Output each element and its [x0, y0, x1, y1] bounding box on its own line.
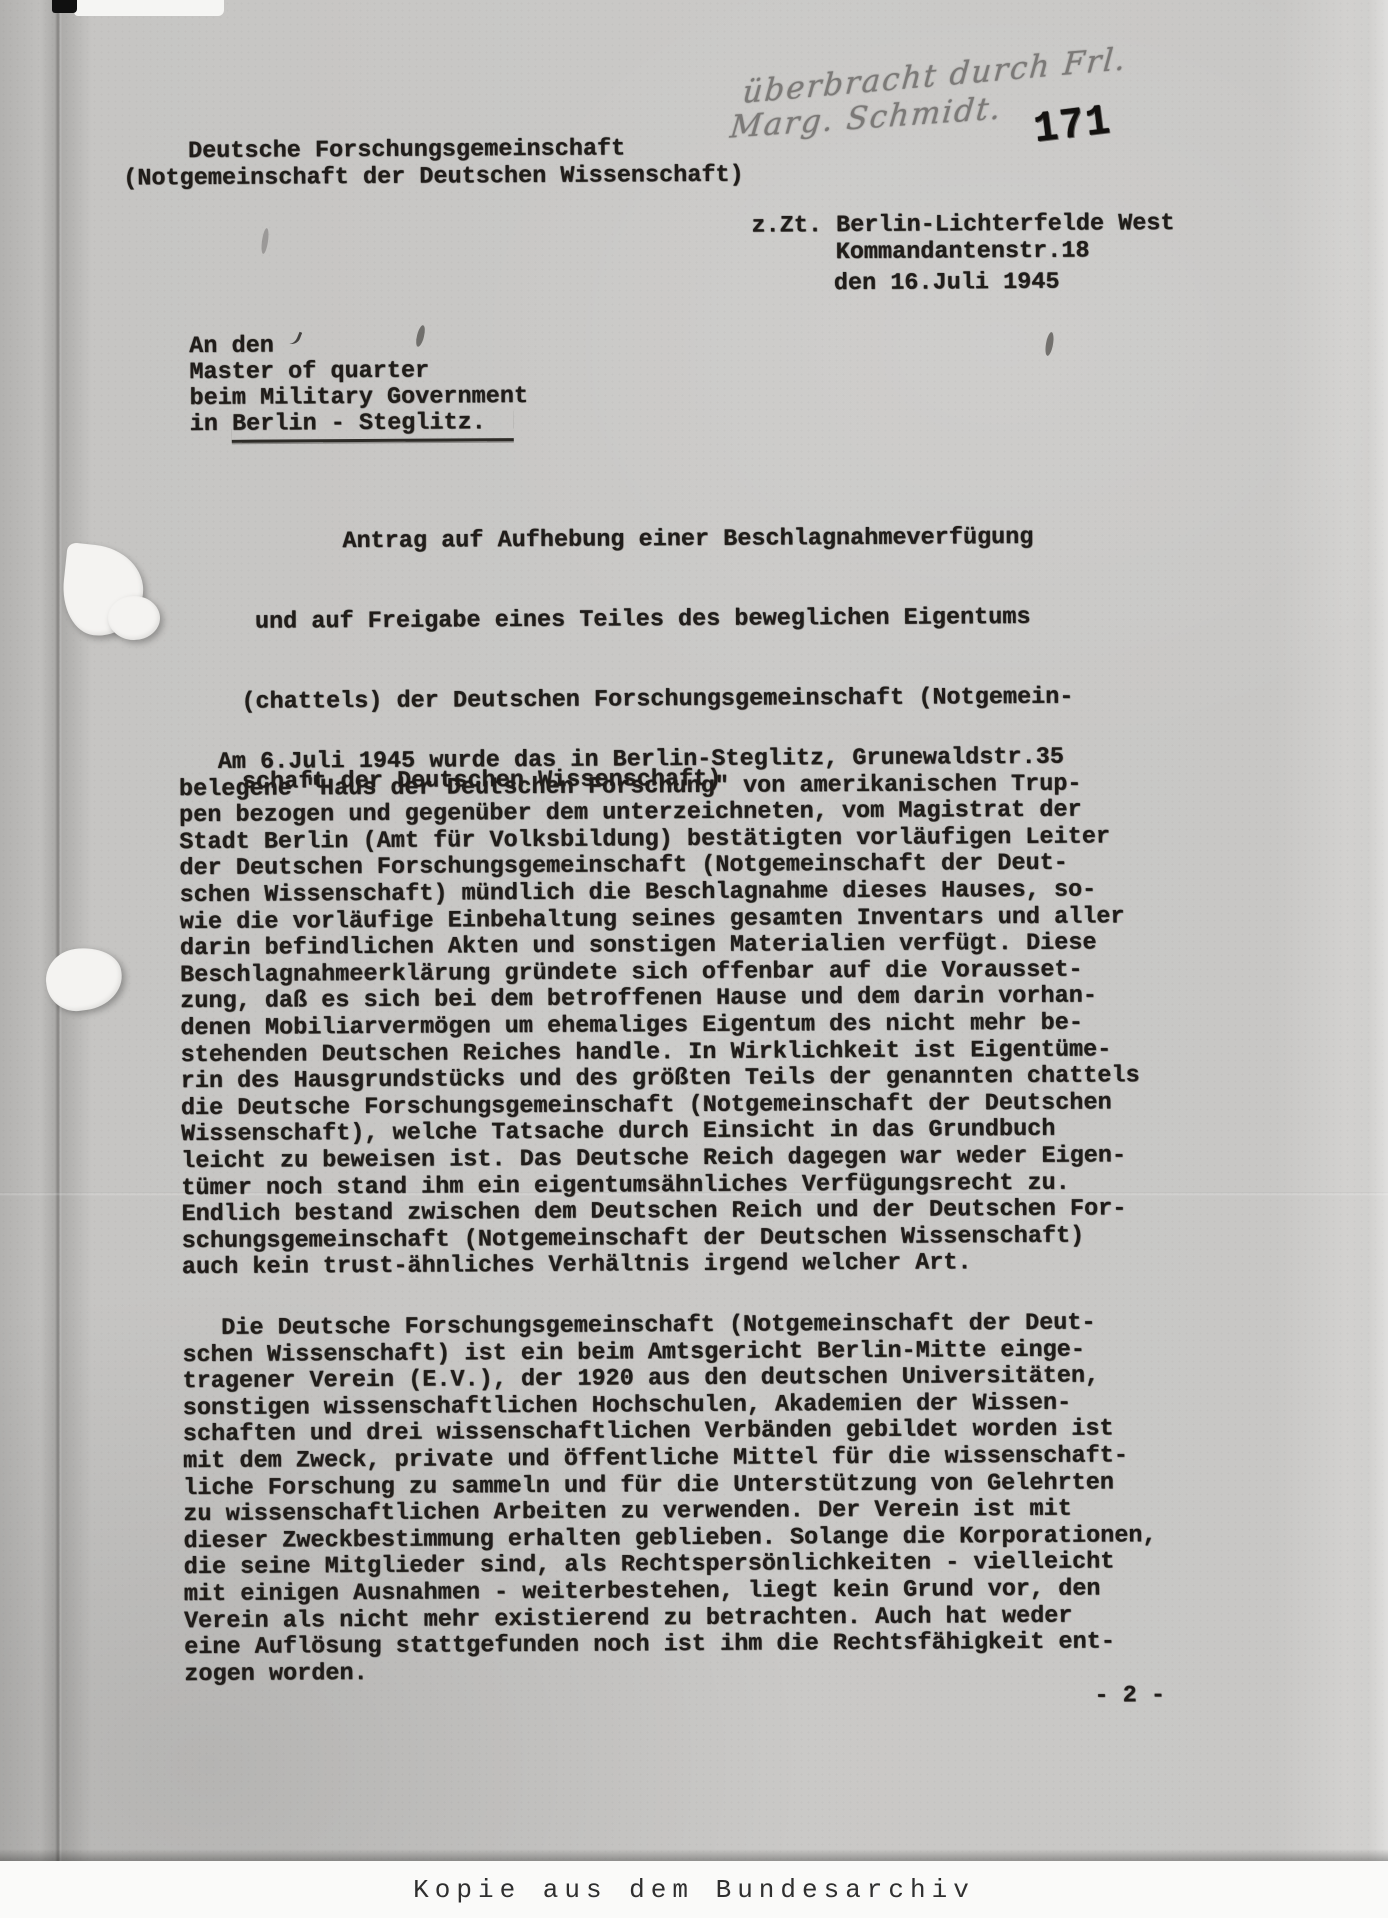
text-line: zogen worden.: [184, 1656, 1157, 1689]
text-line: auch kein trust-ähnliches Verhältnis irg…: [182, 1250, 1141, 1282]
recipient-line4: in Berlin - Steglitz.: [190, 410, 514, 439]
body-paragraph-1: Am 6.Juli 1945 wurde das in Berlin-Stegl…: [179, 744, 1141, 1282]
recipient-line2: Master of quarter: [189, 359, 429, 387]
archive-caption: Kopie aus dem Bundesarchiv: [413, 1875, 975, 1905]
subject-line: (chattels) der Deutschen Forschungsgemei…: [241, 684, 1073, 716]
letterhead-org-name: Deutsche Forschungsgemeinschaft: [188, 136, 625, 165]
subject-line: und auf Freigabe eines Teiles des bewegl…: [241, 605, 1073, 637]
next-page-marker: - 2 -: [1094, 1683, 1165, 1710]
document-scan: { "annotations": { "handwriting_line1": …: [0, 0, 1388, 1918]
recipient-city-prefix: in: [190, 411, 232, 438]
dateblock-street: Kommandantenstr.18: [836, 239, 1090, 267]
recipient-line1: An den: [189, 334, 274, 361]
letter-content: Deutsche Forschungsgemeinschaft (Notgeme…: [0, 0, 1388, 1918]
archive-caption-strip: Kopie aus dem Bundesarchiv: [0, 1861, 1388, 1918]
subject-line: Antrag auf Aufhebung einer Beschlagnahme…: [240, 525, 1072, 557]
dateblock-location: z.Zt. Berlin-Lichterfelde West: [751, 211, 1174, 240]
recipient-city-underlined: Berlin - Steglitz.: [232, 409, 514, 443]
letterhead-org-subname: (Notgemeinschaft der Deutschen Wissensch…: [123, 163, 744, 193]
dateblock-date: den 16.Juli 1945: [834, 270, 1060, 298]
body-paragraph-2: Die Deutsche Forschungsgemeinschaft (Not…: [182, 1310, 1157, 1688]
paper-bottom-edge-shadow: [0, 1849, 1388, 1861]
